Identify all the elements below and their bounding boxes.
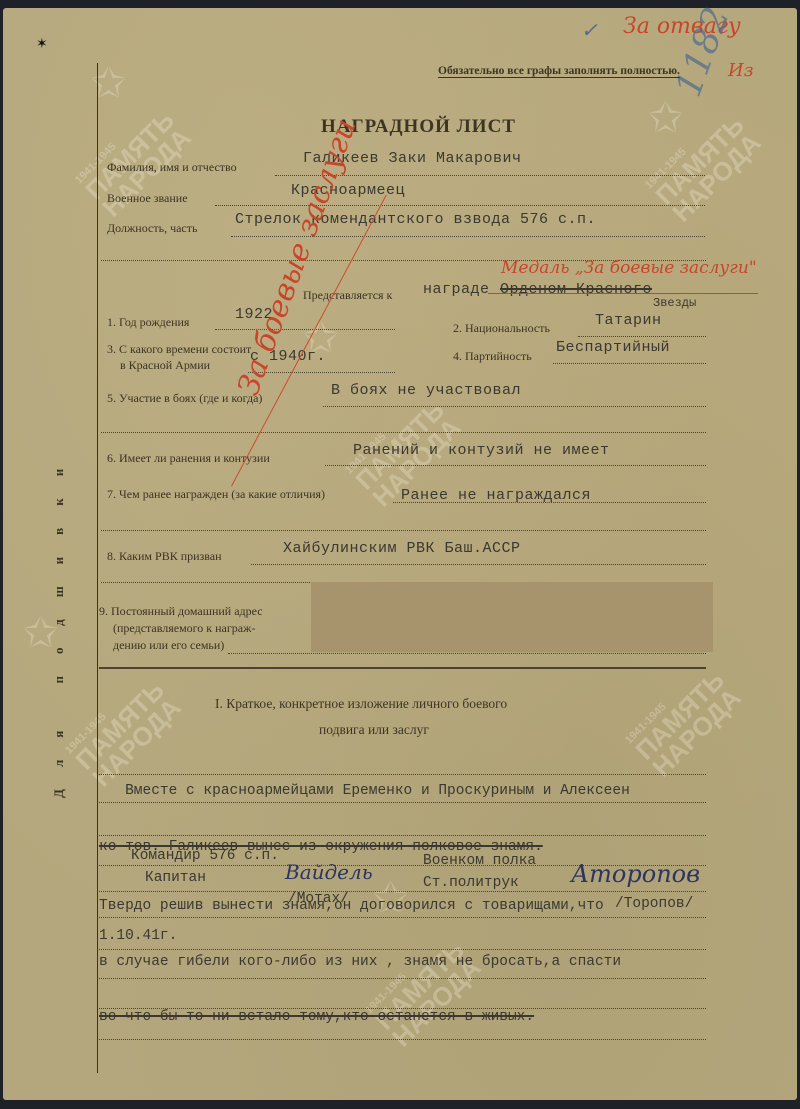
watermark: 1941-1945ПАМЯТЬ НАРОДА [643, 104, 765, 226]
previous-awards-label: 7. Чем ранее награжден (за какие отличия… [107, 487, 325, 502]
commander-title: Командир 576 с.п. [131, 848, 279, 864]
commissar-title: Военком полка [423, 853, 536, 869]
address-label-1: 9. Постоянный домашний адрес [99, 604, 263, 619]
watermark-star-icon: ✩ [648, 93, 683, 142]
blue-check-icon: ✓ [581, 18, 598, 42]
nationality-label: 2. Национальность [453, 321, 550, 336]
award-label: Представляется к [303, 288, 392, 303]
commissar-signature: Аторопов [571, 860, 700, 888]
red-strike-line [488, 293, 758, 294]
dotted-rule [99, 1008, 706, 1009]
address-label-2: (представляемого к награж- [113, 621, 255, 636]
dotted-rule [99, 917, 706, 918]
service-label-2: в Красной Армии [120, 358, 210, 373]
battles-value: В боях не участвовал [331, 382, 521, 399]
dotted-rule [323, 406, 706, 407]
nationality-value: Татарин [595, 312, 662, 329]
position-label: Должность, часть [107, 221, 197, 236]
redacted-address [311, 582, 713, 652]
commissar-name: /Торопов/ [615, 896, 693, 912]
hole-mark: ✶ [36, 36, 48, 53]
side-label: Для подшивки [51, 447, 67, 798]
body-line: Вместе с красноармейцами Еременко и Прос… [99, 782, 630, 801]
red-award-correction: Медаль „За боевые заслуги" [501, 258, 757, 278]
section-body: Вместе с красноармейцами Еременко и Прос… [99, 745, 630, 1064]
previous-awards-value: Ранее не награждался [401, 487, 591, 504]
margin-line [97, 63, 98, 1073]
address-label-3: дению или его семьи) [113, 638, 224, 653]
rank-label: Военное звание [107, 191, 188, 206]
dotted-rule [251, 564, 706, 565]
commander-name: /Мотах/ [288, 891, 349, 907]
wounds-value: Ранений и контузий не имеет [353, 442, 610, 459]
name-label: Фамилия, имя и отчество [107, 160, 237, 175]
dotted-rule [578, 336, 706, 337]
section-heading-1: I. Краткое, конкретное изложение личного… [215, 696, 507, 712]
dotted-rule [101, 530, 706, 531]
dotted-rule [325, 465, 706, 466]
body-line: Твердо решив вынести знамя,он договорилс… [99, 897, 630, 916]
award-sheet-page: ✩ 1941-1945ПАМЯТЬ НАРОДА ✩ 1941-1945ПАМЯ… [3, 8, 797, 1100]
top-note: Обязательно все графы заполнять полность… [438, 65, 680, 78]
red-initials: Из [728, 60, 754, 81]
dotted-rule [99, 949, 706, 950]
dotted-rule [99, 835, 706, 836]
rvk-label: 8. Каким РВК призван [107, 549, 222, 564]
body-line: во что бы то ни встало тому,кто останетс… [99, 1008, 630, 1027]
dotted-rule [553, 363, 706, 364]
award-value-struck: Орденом Красного [500, 281, 652, 298]
commander-rank: Капитан [145, 870, 206, 886]
commissar-rank: Ст.политрук [423, 875, 519, 891]
rvk-value: Хайбулинским РВК Баш.АССР [283, 540, 521, 557]
dotted-rule [99, 978, 706, 979]
battles-label: 5. Участие в боях (где и когда) [107, 391, 262, 406]
section-divider [99, 667, 706, 669]
birth-label: 1. Год рождения [107, 315, 189, 330]
body-line: в случае гибели кого-либо из них , знамя… [99, 953, 630, 972]
party-label: 4. Партийность [453, 349, 532, 364]
dotted-rule [99, 774, 706, 775]
party-value: Беспартийный [556, 339, 670, 356]
commander-signature: Вайдель [285, 860, 373, 884]
service-label-1: 3. С какого времени состоит [107, 342, 251, 357]
dotted-rule [99, 1039, 706, 1040]
dotted-rule [215, 205, 705, 206]
award-value-struck-2: Звезды [653, 296, 696, 310]
watermark: 1941-1945ПАМЯТЬ НАРОДА [623, 659, 745, 781]
dotted-rule [99, 891, 706, 892]
dotted-rule [228, 653, 706, 654]
document-date: 1.10.41г. [99, 928, 177, 944]
dotted-rule [215, 329, 395, 330]
award-value-prefix: награде [423, 281, 490, 298]
section-heading-2: подвига или заслуг [319, 722, 429, 738]
dotted-rule [101, 432, 706, 433]
dotted-rule [99, 802, 706, 803]
